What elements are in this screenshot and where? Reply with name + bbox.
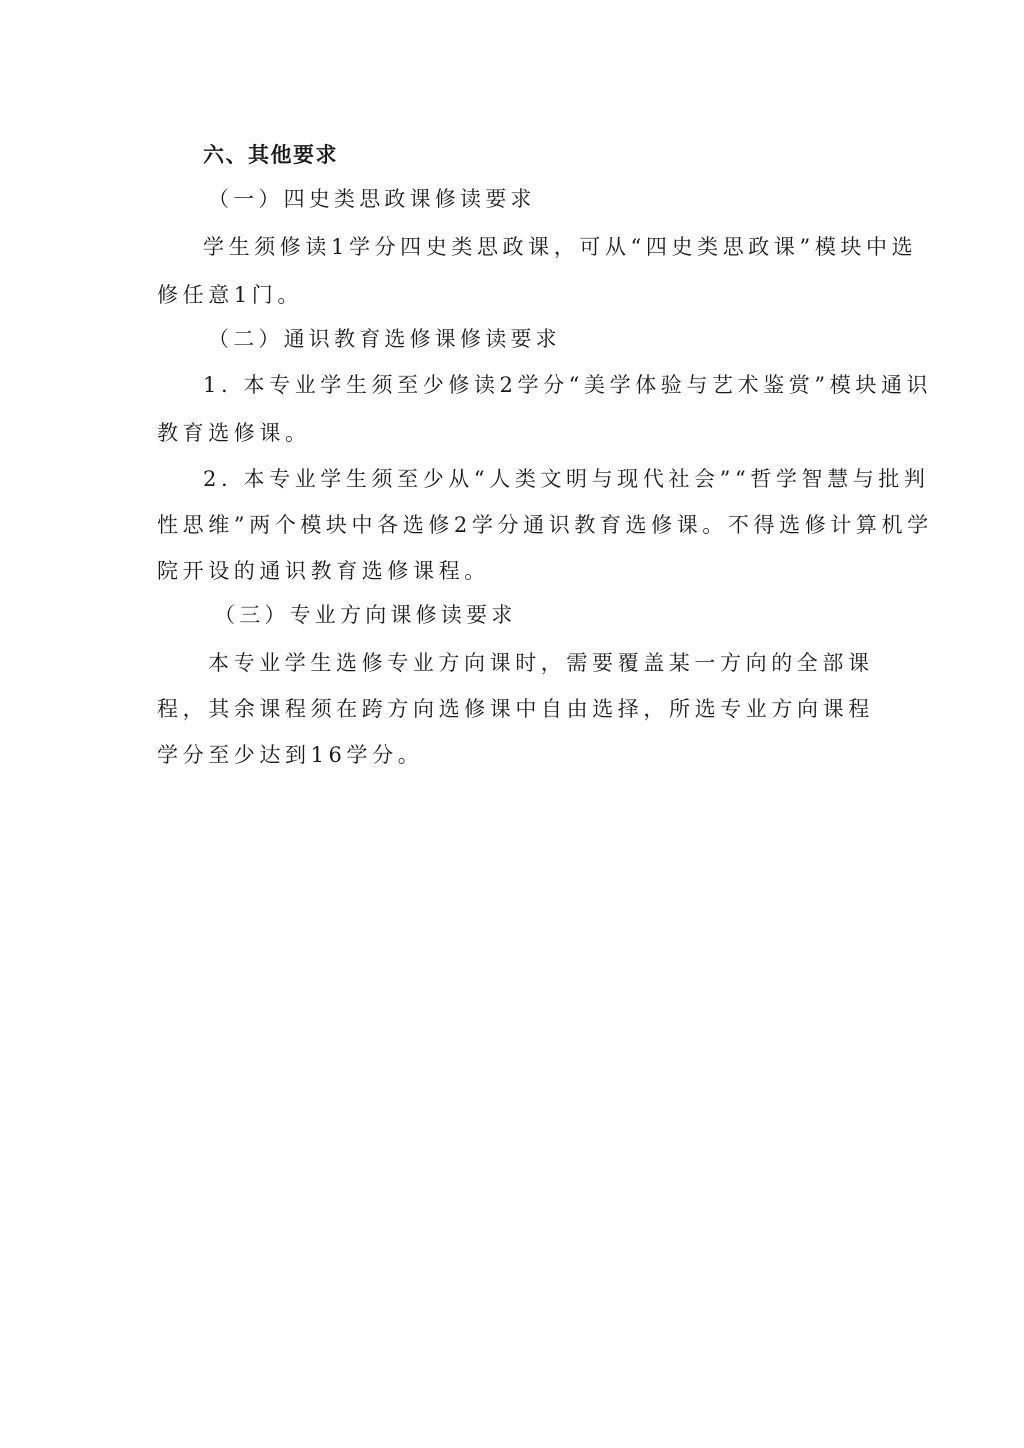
subsection-title-3: （三）专业方向课修读要求 [214, 600, 516, 630]
paragraph-2-line-2: 教育选修课。 [157, 418, 311, 448]
section-title: 六、其他要求 [203, 140, 338, 170]
subsection-title-1: （一）四史类思政课修读要求 [208, 184, 536, 214]
paragraph-3-line-1: 2. 本专业学生须至少从“人类文明与现代社会”“哲学智慧与批判 [203, 464, 930, 494]
paragraph-3-line-3: 院开设的通识教育选修课程。 [157, 556, 490, 586]
paragraph-3-line-2: 性思维”两个模块中各选修2学分通识教育选修课。不得选修计算机学 [157, 510, 933, 540]
paragraph-2-line-1: 1. 本专业学生须至少修读2学分“美学体验与艺术鉴赏”模块通识 [203, 370, 932, 400]
paragraph-1-line-2: 修任意1门。 [157, 280, 303, 310]
paragraph-4-line-3: 学分至少达到16学分。 [157, 740, 423, 770]
subsection-title-2: （二）通识教育选修课修读要求 [208, 324, 561, 354]
paragraph-4-line-1: 本专业学生选修专业方向课时，需要覆盖某一方向的全部课 [208, 648, 874, 678]
document-page: 六、其他要求 （一）四史类思政课修读要求 学生须修读1学分四史类思政课，可从“四… [0, 0, 1024, 1448]
paragraph-4-line-2: 程，其余课程须在跨方向选修课中自由选择，所选专业方向课程 [157, 694, 874, 724]
paragraph-1-line-1: 学生须修读1学分四史类思政课，可从“四史类思政课”模块中选 [203, 232, 917, 262]
